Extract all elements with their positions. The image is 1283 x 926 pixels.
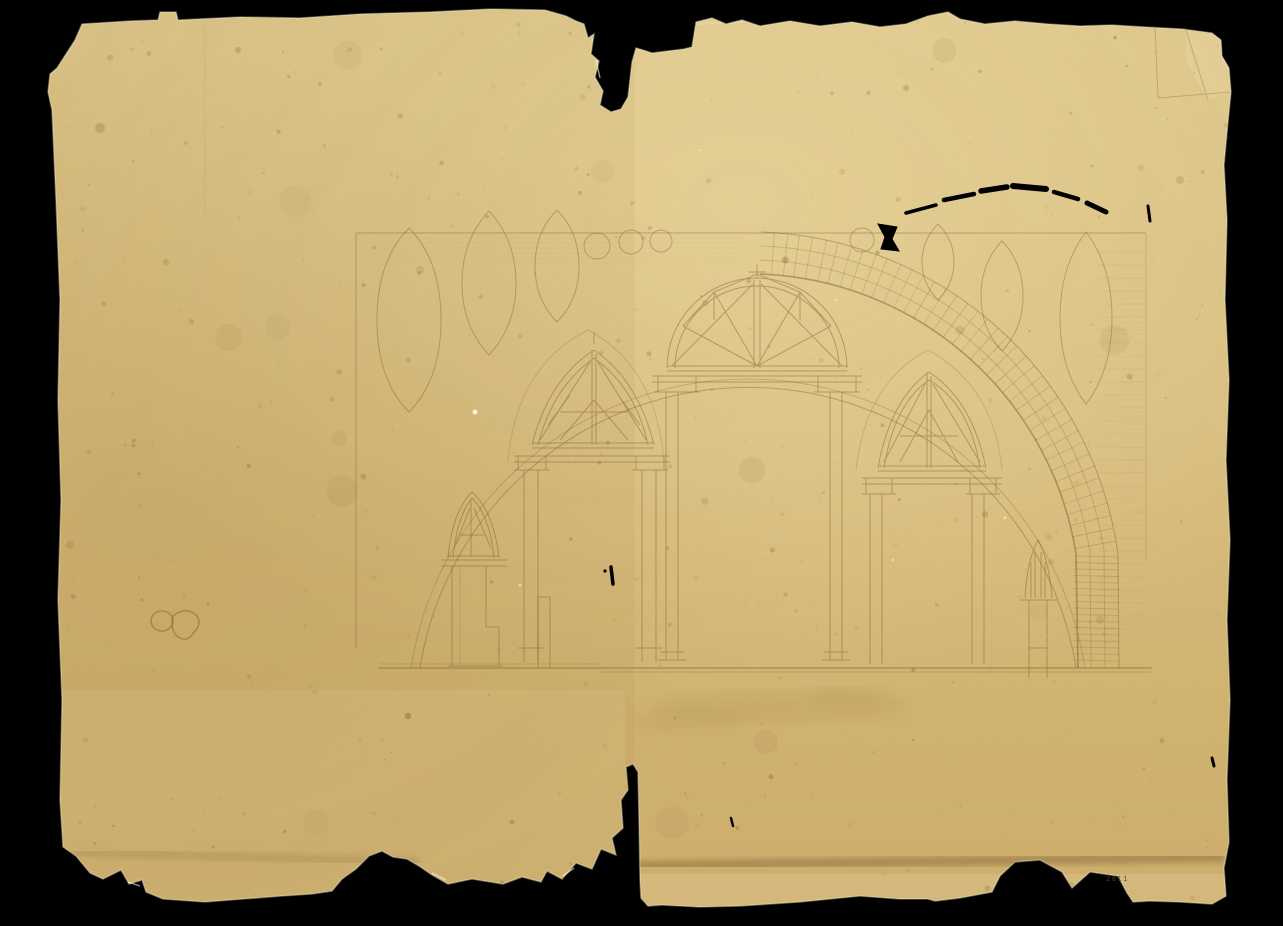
- paper-grain: [0, 0, 1283, 926]
- artwork-photo: 2811: [0, 0, 1283, 926]
- stamp-number: 2811: [1106, 875, 1129, 883]
- hole-dash-center: [611, 567, 613, 584]
- photo-stage: 2811: [0, 0, 1283, 926]
